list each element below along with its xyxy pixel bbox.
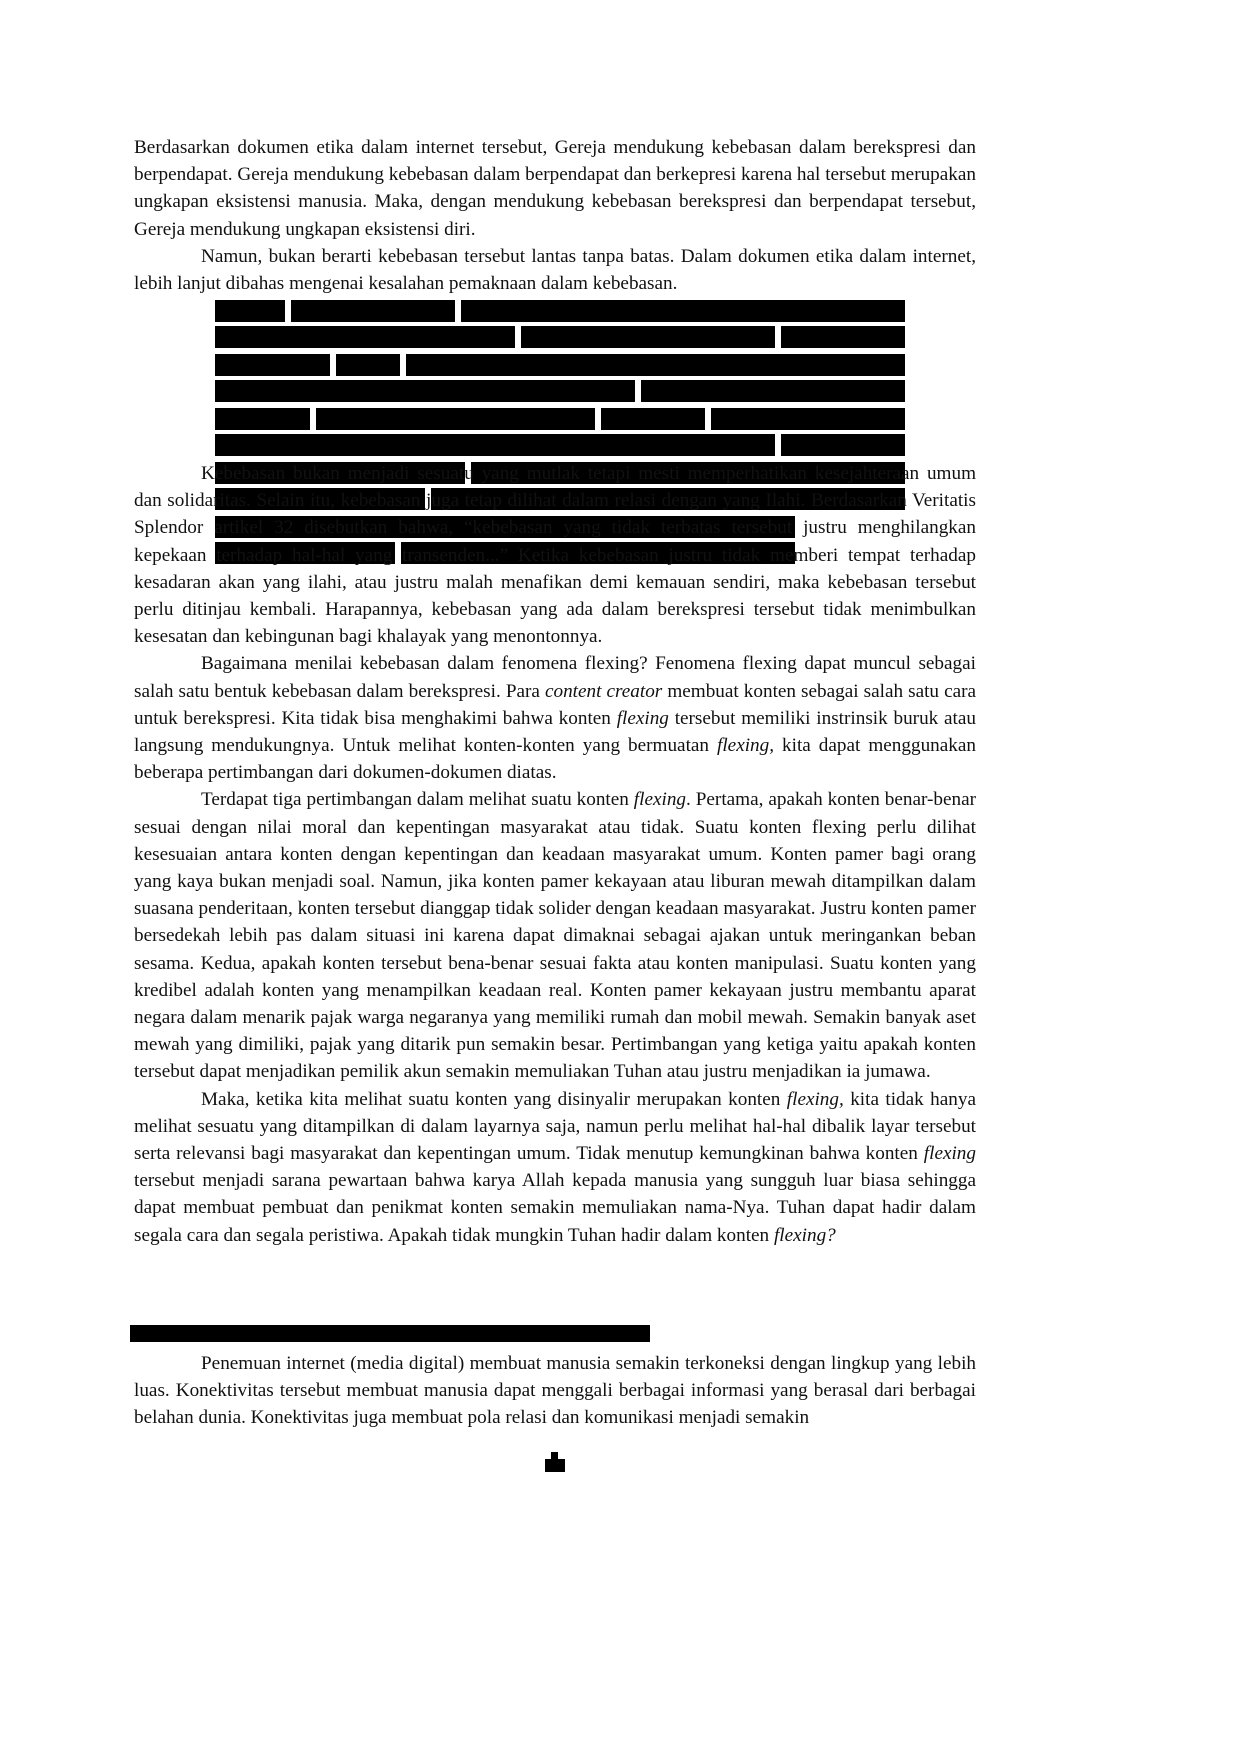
redacted-line xyxy=(215,434,905,456)
paragraph-3: Kebebasan bukan menjadi sesuatu yang mut… xyxy=(134,460,976,650)
redacted-line xyxy=(215,408,905,430)
body-text-main: Kebebasan bukan menjadi sesuatu yang mut… xyxy=(134,460,976,1249)
paragraph-6: Maka, ketika kita melihat suatu konten y… xyxy=(134,1086,976,1249)
redacted-line xyxy=(215,354,905,376)
paragraph-7: Penemuan internet (media digital) membua… xyxy=(134,1350,976,1432)
body-text-top: Berdasarkan dokumen etika dalam internet… xyxy=(134,134,976,297)
paragraph-5: Terdapat tiga pertimbangan dalam melihat… xyxy=(134,786,976,1085)
redacted-line xyxy=(215,380,905,402)
redacted-section-heading xyxy=(130,1325,650,1342)
document-page: Berdasarkan dokumen etika dalam internet… xyxy=(0,0,1240,1754)
redacted-line xyxy=(215,300,905,322)
body-text-bottom: Penemuan internet (media digital) membua… xyxy=(134,1350,976,1432)
redacted-page-number xyxy=(545,1452,565,1472)
paragraph-2: Namun, bukan berarti kebebasan tersebut … xyxy=(134,243,976,297)
paragraph-4: Bagaimana menilai kebebasan dalam fenome… xyxy=(134,650,976,786)
paragraph-1: Berdasarkan dokumen etika dalam internet… xyxy=(134,134,976,243)
redacted-line xyxy=(215,326,905,348)
